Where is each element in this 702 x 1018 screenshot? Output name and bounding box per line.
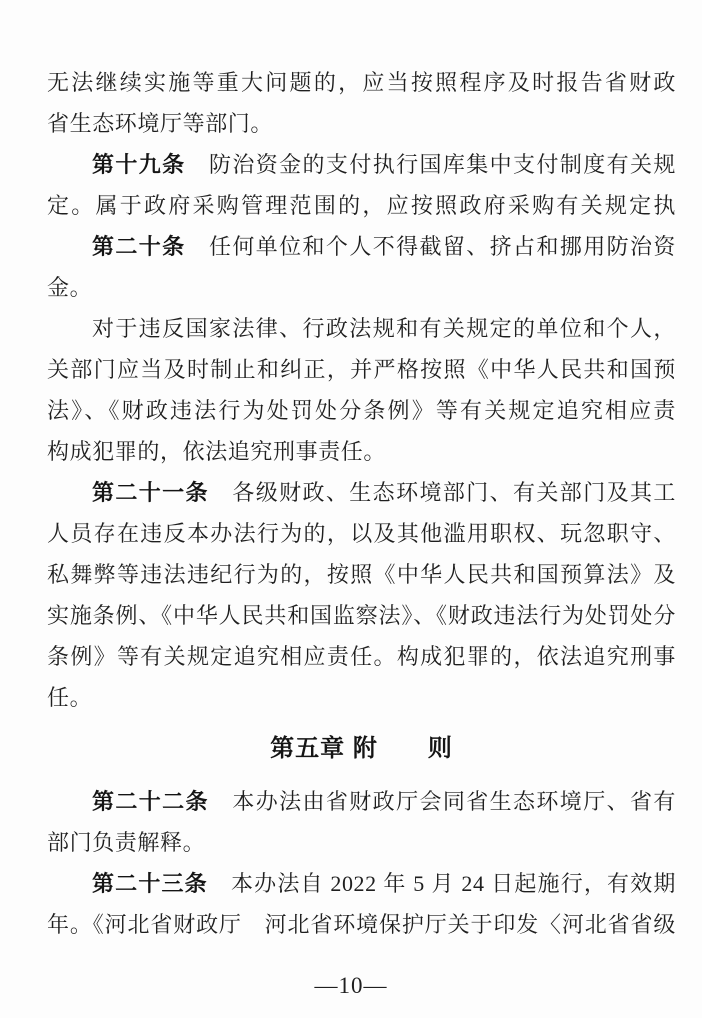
line-text: 省生态环境厅等部门。 <box>47 111 273 136</box>
text-line: 人员存在违反本办法行为的，以及其他滥用职权、玩忽职守、徇 <box>47 513 676 554</box>
text-line: 任。 <box>47 677 676 718</box>
line-text: 定。属于政府采购管理范围的，应按照政府采购有关规定执行。 <box>47 193 676 226</box>
chapter-heading: 第五章 附 则 <box>47 728 676 769</box>
line-text: 防治资金的支付执行国库集中支付制度有关规 <box>186 152 676 177</box>
line-text: 部门负责解释。 <box>47 830 205 855</box>
text-line: 实施条例、《中华人民共和国监察法》、《财政违法行为处罚处分 <box>47 595 676 636</box>
article-number: 第二十二条 <box>92 789 209 814</box>
text-line: 金。 <box>47 267 676 308</box>
line-text: 金。 <box>47 275 92 300</box>
text-line: 法》、《财政违法行为处罚处分条例》等有关规定追究相应责任。 <box>47 390 676 431</box>
article-number: 第二十条 <box>92 234 186 259</box>
text-line: 定。属于政府采购管理范围的，应按照政府采购有关规定执行。 <box>47 185 676 226</box>
article-number: 第二十三条 <box>92 871 208 896</box>
text-line: 第十九条 防治资金的支付执行国库集中支付制度有关规 <box>47 144 676 185</box>
page-content: 无法继续实施等重大问题的，应当按照程序及时报告省财政厅、 省生态环境厅等部门。 … <box>47 62 676 945</box>
text-line: 条例》等有关规定追究相应责任。构成犯罪的，依法追究刑事责 <box>47 636 676 677</box>
article-number: 第二十一条 <box>92 480 209 505</box>
document-page: 无法继续实施等重大问题的，应当按照程序及时报告省财政厅、 省生态环境厅等部门。 … <box>0 0 702 1018</box>
line-text: 任。 <box>47 685 92 710</box>
article-number: 第十九条 <box>92 152 186 177</box>
line-text: 构成犯罪的，依法追究刑事责任。 <box>47 439 386 464</box>
text-line: 构成犯罪的，依法追究刑事责任。 <box>47 431 676 472</box>
text-line: 关部门应当及时制止和纠正，并严格按照《中华人民共和国预算 <box>47 349 676 390</box>
text-line: 部门负责解释。 <box>47 822 676 863</box>
line-text: 年。《河北省财政厅 河北省环境保护厅关于印发〈河北省省级大 <box>47 912 676 945</box>
text-line: 无法继续实施等重大问题的，应当按照程序及时报告省财政厅、 <box>47 62 676 103</box>
line-text: 实施条例、《中华人民共和国监察法》、《财政违法行为处罚处分 <box>47 603 676 628</box>
text-line: 省生态环境厅等部门。 <box>47 103 676 144</box>
text-line: 第二十条 任何单位和个人不得截留、挤占和挪用防治资 <box>47 226 676 267</box>
line-text: 法》、《财政违法行为处罚处分条例》等有关规定追究相应责任。 <box>47 398 676 431</box>
text-line: 年。《河北省财政厅 河北省环境保护厅关于印发〈河北省省级大 <box>47 904 676 945</box>
line-text: 任何单位和个人不得截留、挤占和挪用防治资 <box>186 234 676 259</box>
text-line: 第二十一条 各级财政、生态环境部门、有关部门及其工作 <box>47 472 676 513</box>
text-line: 私舞弊等违法违纪行为的，按照《中华人民共和国预算法》及其 <box>47 554 676 595</box>
text-line: 对于违反国家法律、行政法规和有关规定的单位和个人，有 <box>47 308 676 349</box>
line-text: 关部门应当及时制止和纠正，并严格按照《中华人民共和国预算 <box>47 357 676 390</box>
page-number: —10— <box>0 971 702 1001</box>
text-line: 第二十二条 本办法由省财政厅会同省生态环境厅、省有关 <box>47 781 676 822</box>
text-line: 第二十三条 本办法自 2022 年 5 月 24 日起施行，有效期 5 <box>47 863 676 904</box>
line-text: 条例》等有关规定追究相应责任。构成犯罪的，依法追究刑事责 <box>47 644 676 677</box>
line-text: 私舞弊等违法违纪行为的，按照《中华人民共和国预算法》及其 <box>47 562 676 595</box>
line-text: 无法继续实施等重大问题的，应当按照程序及时报告省财政厅、 <box>47 70 676 103</box>
line-text: 人员存在违反本办法行为的，以及其他滥用职权、玩忽职守、徇 <box>47 521 676 554</box>
line-text: 对于违反国家法律、行政法规和有关规定的单位和个人，有 <box>47 316 676 349</box>
